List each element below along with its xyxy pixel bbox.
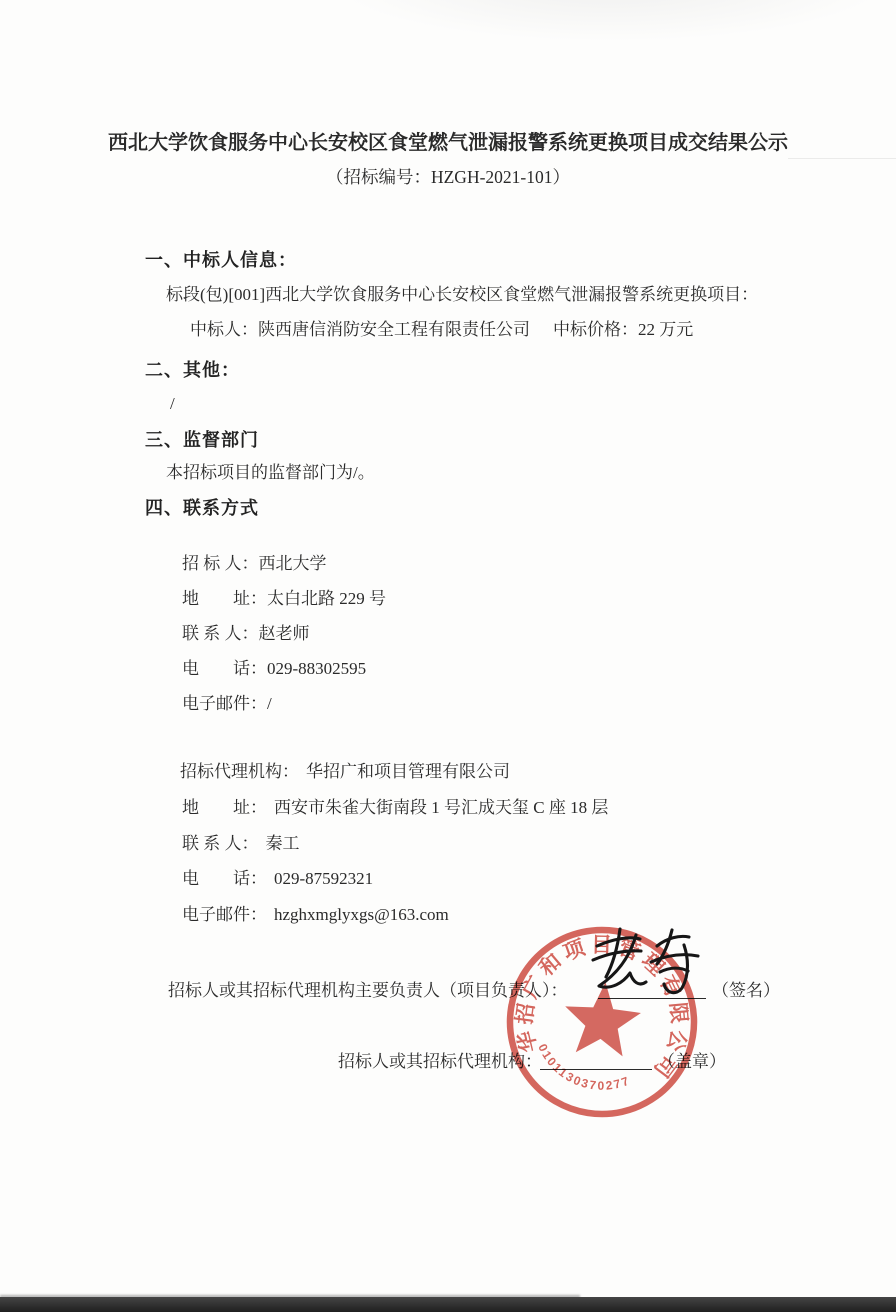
scanned-document-page: 西北大学饮食服务中心长安校区食堂燃气泄漏报警系统更换项目成交结果公示 （招标编号… (0, 0, 896, 1312)
other-content: / (170, 392, 175, 416)
contact-value: hzghxmglyxgs@163.com (274, 905, 449, 924)
signature-ink (583, 922, 713, 1004)
section-heading-supervisor: 三、监督部门 (145, 426, 259, 452)
section-heading-winner-info: 一、中标人信息： (145, 246, 297, 272)
contact-row-email: 电子邮件：/ (165, 669, 272, 734)
scan-edge-bar (0, 1297, 896, 1312)
scan-artifact-line (788, 158, 896, 159)
section-heading-contact: 四、联系方式 (145, 494, 259, 520)
agency-row-email: 电子邮件：hzghxmglyxgs@163.com (165, 880, 449, 945)
supervisor-content: 本招标项目的监督部门为/。 (166, 461, 375, 485)
winner-line: 中标人：陕西唐信消防安全工程有限责任公司 (190, 318, 530, 342)
sign-suffix: （签名） (712, 976, 780, 1001)
document-title: 西北大学饮食服务中心长安校区食堂燃气泄漏报警系统更换项目成交结果公示 (0, 126, 896, 155)
tender-number: （招标编号：HZGH-2021-101） (0, 164, 896, 189)
contact-value: 西安市朱雀大街南段 1 号汇成天玺 C 座 18 层 (274, 798, 608, 817)
package-line: 标段(包)[001]西北大学饮食服务中心长安校区食堂燃气泄漏报警系统更换项目： (166, 283, 758, 307)
price-line: 中标价格：22 万元 (553, 318, 693, 342)
scan-smudge-top (330, 0, 890, 42)
contact-label: 电子邮件： (182, 900, 267, 925)
contact-value: 029-88302595 (267, 659, 366, 678)
section-heading-other: 二、其他： (145, 356, 240, 382)
handwritten-signature (583, 922, 713, 1004)
contact-label: 电子邮件： (182, 689, 267, 714)
contact-value: / (267, 694, 272, 713)
